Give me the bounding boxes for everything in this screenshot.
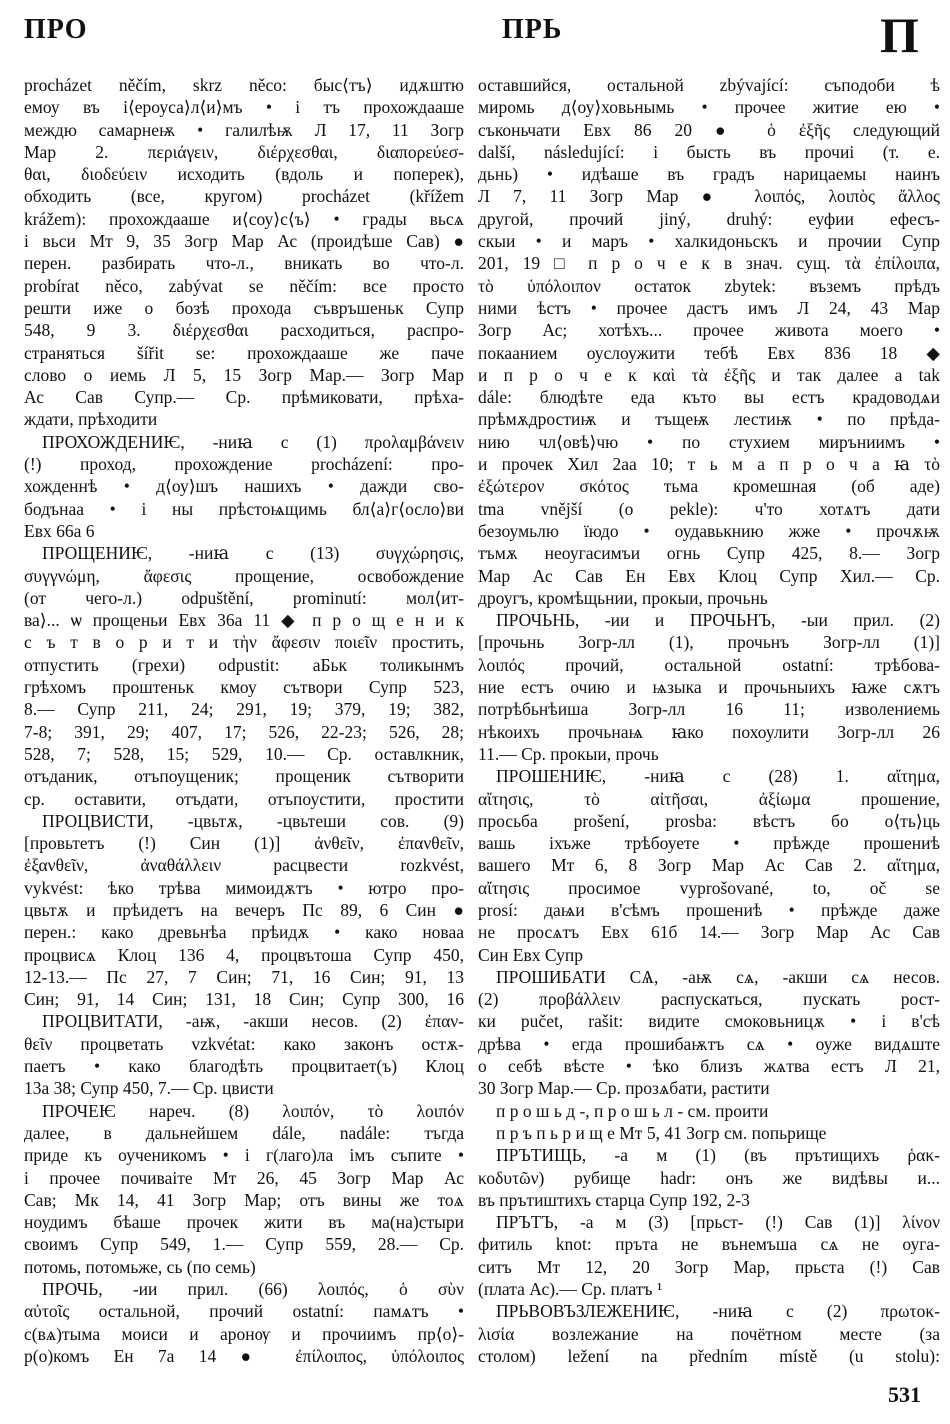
text-line: перен.: како древьнѣа прѣидѫ • како нова… [24, 921, 464, 943]
text-line: безоумьлю їюдо • оудавькнию жже • прочѫѭ [478, 520, 940, 542]
text-line: tma vnější (o pekle): ч'то хотѧтъ дати [478, 498, 940, 520]
text-line: покаанием оуслоужити тебѣ Евх 836 18 ◆ [478, 342, 940, 364]
text-line: λοιπός прочий, остальной ostatní: трѣбов… [478, 654, 940, 676]
text-line: (плата Ас).— Ср. платъ ¹ [478, 1278, 940, 1300]
text-line: 201, 19 □ п р о ч е к в знач. сущ. τὰ ἐπ… [478, 252, 940, 274]
text-line: αἴτησις, τὸ αἰτῆσαι, ἀξίωμα прошение, [478, 788, 940, 810]
text-line: vykvést: ѣко трѣва мимоидѫтъ • ютро про- [24, 877, 464, 899]
text-line: і прочее почиваіте Мт 26, 45 Зогр Мар Ас [24, 1167, 464, 1189]
text-line: [провьтетъ (!) Син (1)] ἀνθεῖν, ἐπανθεῖν… [24, 832, 464, 854]
text-line: συγγνώμη, ἄφεσις прощение, освобождение [24, 565, 464, 587]
text-line: обходить (все, кругом) procházet (křížem [24, 185, 464, 207]
text-line: ние естъ очию и ѩзыка и прочьныихъ ꙗже с… [478, 676, 940, 698]
entry-headword-line: ПРОШИБАТИ СѦ, -аѭ сѧ, -акши сѧ несов. [478, 966, 940, 988]
text-line: procházet něčím, skrz něco: быс⟨тъ⟩ идѫш… [24, 74, 464, 96]
entry-headword-line: ПРОЩЕНИѤ, -ниꙗ с (13) συγχώρησις, [24, 542, 464, 564]
text-line: паетъ • како благодѣть процвитает(ъ) Кло… [24, 1055, 464, 1077]
entry-headword-line: ПРОЧЕѤ нареч. (8) λοιπόν, τὸ λοιπόν [24, 1100, 464, 1122]
text-line: миромь д⟨оу⟩ховьнымь • прочее житие ею • [478, 96, 940, 118]
entry-headword-line: ПРОШЕНИѤ, -ниꙗ с (28) 1. αἴτημα, [478, 765, 940, 787]
text-line: dále: блюдѣте еда къто вы естъ крадоводѧ… [478, 386, 940, 408]
text-line: не просѧтъ Евх 61б 14.— Зогр Мар Ас Сав [478, 921, 940, 943]
text-line: фитиль knot: пръта не вънемъша сѧ не оуг… [478, 1233, 940, 1255]
center-guide-word: ПРЬ [502, 14, 562, 46]
text-line: 528, 7; 528, 15; 529, 10.— Ср. оставлкни… [24, 743, 464, 765]
text-line: ними ѣстъ • прочее дастъ имъ Л 24, 43 Ма… [478, 297, 940, 319]
text-line: цвьтѫ и прѣидетъ на вечеръ Пс 89, 6 Син … [24, 899, 464, 921]
text-line: междю самарнеѭ • галилѣѭ Л 17, 11 Зогр [24, 119, 464, 141]
text-line: процвисѧ Клоц 136 4, процвътоша Супр 450… [24, 944, 464, 966]
text-line: 30 Зогр Мар.— Ср. прозѧбати, растити [478, 1077, 940, 1099]
text-line: страняться šířit se: прохождааше же паче [24, 342, 464, 364]
text-line: о себѣ вѣсте • ѣко близъ жѧтва естъ Л 21… [478, 1055, 940, 1077]
section-letter: П [880, 6, 919, 64]
text-line: probírat něco, zabývat se něčím: все про… [24, 275, 464, 297]
entry-headword-line: ПРОХОЖДЕНИѤ, -ниꙗ с (1) προλαμβάνειν [24, 431, 464, 453]
text-line: (!) проход, прохождение procházení: про- [24, 453, 464, 475]
text-line: потомь, потомьже, сь (по семь) [24, 1256, 464, 1278]
text-line: θεῖν процветать vzkvétat: како законъ ос… [24, 1033, 464, 1055]
text-line: решти иже о бозѣ прохода съвръшеньк Супр [24, 297, 464, 319]
text-line: і вьси Мт 9, 35 Зогр Мар Ас (проидѣше Са… [24, 230, 464, 252]
text-line: αὐτοῖς остальной, прочий ostatní: памѧтъ… [24, 1300, 464, 1322]
text-line: ждати, прѣходити [24, 408, 464, 430]
text-line: перен. разбирать что-л., вникать во что-… [24, 252, 464, 274]
text-line: 12-13.— Пс 27, 7 Син; 71, 16 Син; 91, 13 [24, 966, 464, 988]
text-line: с ъ т в о р и т и τὴν ἄφεσιν ποιεῖν прос… [24, 631, 464, 653]
text-line: слово о иемь Л 5, 15 Зогр Мар.— Зогр Мар [24, 364, 464, 386]
entry-headword-line: ПРОЦВИСТИ, -цвьтѫ, -цвьтеши сов. (9) [24, 810, 464, 832]
text-line: тъмѫ неоугасимъи огнь Супр 425, 8.— Зогр [478, 542, 940, 564]
entry-headword-line: ПРЬВОВЪЗЛЕЖЕНИѤ, -ниꙗ с (2) πρωτοκ- [478, 1300, 940, 1322]
text-line: ва⟩... ѡ прощеньи Евх 36а 11 ◆ п р о щ е… [24, 609, 464, 631]
text-line: Мар 2. περιάγειν, διέρχεσθαι, διαπορεύεσ… [24, 141, 464, 163]
text-line: нию чл⟨овѣ⟩чю • по стухием миръниимъ • [478, 431, 940, 453]
text-line: κοδυτῶν) рубище hadr: онъ же видѣвы и... [478, 1167, 940, 1189]
text-line: р(о)комъ Ен 7а 14 ● ἐπίλοιπος, ὑπόλοιπος [24, 1345, 464, 1367]
text-line: и прочек Хил 2аа 10; т ь м а п р о ч а ꙗ… [478, 453, 940, 475]
text-line: ки pučet, rašit: видите смоковьницѫ • і … [478, 1010, 940, 1032]
text-line: ср. оставити, отъдати, отъпоустити, прос… [24, 788, 464, 810]
text-line: Мар Ас Сав Ен Евх Клоц Супр Хил.— Ср. [478, 565, 940, 587]
entry-headword-line: ПРОЧЬНЬ, -ии и ПРОЧЬНЪ, -ыи прил. (2) [478, 609, 940, 631]
entry-headword-line: п р ъ п ь р и щ е Мт 5, 41 Зогр см. попь… [478, 1122, 940, 1144]
text-line: 11.— Ср. прокыи, прочь [478, 743, 940, 765]
text-line: хожденнѣ • д⟨оу⟩шъ нашихъ • дажди сво- [24, 475, 464, 497]
text-line: Зогр Ас; хотѣхъ... прочее живота моего • [478, 319, 940, 341]
text-line: prosí: даѩи в'сѣмъ прошениѣ • прѣжде даж… [478, 899, 940, 921]
text-line: прѣмѫдростиѭ и тъщеѭ лестиѭ • по прѣда- [478, 408, 940, 430]
entry-headword-line: ПРЪТЪ, -а м (3) [прьст- (!) Сав (1)] λίν… [478, 1211, 940, 1233]
text-line: дьнь) • идѣаше въ градъ нарицаемы наинъ [478, 163, 940, 185]
text-line: Евх 66а 6 [24, 520, 464, 542]
text-line: съконьчати Евх 86 20 ● ὁ ἐξῆς следующий [478, 119, 940, 141]
text-line: αἴτησις просимое vyprošované, to, oč se [478, 877, 940, 899]
text-line: ἐξανθεῖν, ἀναθάλλειν расцвести rozkvést, [24, 854, 464, 876]
text-line: ἐξώτερον σκότος тьма кромешная (об аде) [478, 475, 940, 497]
text-line: další, následující: і бысть въ прочиі (т… [478, 141, 940, 163]
text-line: дроугъ, кромѣщьнии, прокыи, прочьнь [478, 587, 940, 609]
page-number: 531 [888, 1382, 921, 1408]
text-line: Син; 91, 14 Син; 131, 18 Син; Супр 300, … [24, 988, 464, 1010]
text-line: скыи • и маръ • халкидоньскъ и прочии Су… [478, 230, 940, 252]
right-column: оставшийся, остальной zbývající: съподоб… [478, 74, 940, 1367]
text-line: далее, в дальнейшем dále, nadále: тъгда [24, 1122, 464, 1144]
text-line: просьба prošení, prosba: вѣстъ бо о⟨ть⟩ц… [478, 810, 940, 832]
text-line: 7-8; 391, 29; 407, 17; 526, 22-23; 526, … [24, 721, 464, 743]
text-line: Л 7, 11 Зогр Мар ● λοιπός, λοιπὸς ἄλλος [478, 185, 940, 207]
text-line: нѣкоихъ прочьнаѩ ꙗко похоулити Зогр-лл 2… [478, 721, 940, 743]
text-line: отпустить (грехи) odpustit: аБьк толикын… [24, 654, 464, 676]
text-line: и п р о ч е к καὶ τὰ ἐξῆς и так далее a … [478, 364, 940, 386]
text-line: krážem): прохождааше и⟨соу⟩с⟨ъ⟩ • грады … [24, 208, 464, 230]
text-line: другой, прочий jiný, druhý: еуфии ефесъ- [478, 208, 940, 230]
text-line: грѣхомъ проштеньк кмоу сътвори Супр 523, [24, 676, 464, 698]
text-line: 8.— Супр 211, 24; 291, 19; 379, 19; 382, [24, 698, 464, 720]
text-line: своимъ Супр 549, 1.— Супр 559, 28.— Ср. [24, 1233, 464, 1255]
entry-headword-line: п р о ш ь д -, п р о ш ь л - см. проити [478, 1100, 940, 1122]
text-line: бодънаа • і ны прѣстоѩщимь бл⟨а⟩г⟨осло⟩в… [24, 498, 464, 520]
text-line: (от чего-л.) odpuštění, prominutí: мол⟨и… [24, 587, 464, 609]
text-line: 548, 9 3. διέρχεσθαι расходиться, распро… [24, 319, 464, 341]
text-line: (2) προβάλλειν распускаться, пускать рос… [478, 988, 940, 1010]
text-line: [прочьнь Зогр-лл (1), прочьнъ Зогр-лл (1… [478, 631, 940, 653]
text-line: въ прътиштихъ старца Супр 192, 2-3 [478, 1189, 940, 1211]
text-line: отъданик, отъпоущеник; прощеник сътворит… [24, 765, 464, 787]
text-line: Ас Сав Супр.— Ср. прѣмиковати, прѣха- [24, 386, 464, 408]
text-line: потрѣбьнѣиша Зогр-лл 16 11; изволениемь [478, 698, 940, 720]
text-line: 13а 38; Супр 450, 7.— Ср. цвисти [24, 1077, 464, 1099]
text-line: Сав; Мк 14, 41 Зогр Мар; отъ вины же тоѧ [24, 1189, 464, 1211]
text-line: ситъ Мт 12, 20 Зогр Мар, прьста (!) Сав [478, 1256, 940, 1278]
entry-headword-line: ПРЪТИЩЬ, -а м (1) (въ прътищихъ ῥακ- [478, 1144, 940, 1166]
text-line: Син Евх Супр [478, 944, 940, 966]
left-column: procházet něčím, skrz něco: быс⟨тъ⟩ идѫш… [24, 74, 464, 1367]
text-line: с(вѧ)тыма моиси и аронѹ и прочиимъ пр⟨о⟩… [24, 1323, 464, 1345]
text-line: оставшийся, остальной zbývající: съподоб… [478, 74, 940, 96]
text-line: приде къ оученикомъ • і г(лаго)ла імъ съ… [24, 1144, 464, 1166]
text-line: емоу въ і⟨ероуса⟩л⟨и⟩мъ • і тъ прохождаа… [24, 96, 464, 118]
text-line: дрѣва • егда прошибаѭтъ сѧ • оуже видѧшт… [478, 1033, 940, 1055]
text-line: вашь іхъже трѣбоуете • прѣжде прошениѣ [478, 832, 940, 854]
text-line: τὸ ὑπόλοιπον остаток zbytek: въземъ прѣд… [478, 275, 940, 297]
text-line: θαι, διοδεύειν исходить (вдоль и поперек… [24, 163, 464, 185]
text-line: ноудимъ бѣаше прочек жити въ ма(на)стыри [24, 1211, 464, 1233]
entry-headword-line: ПРОЧЬ, -ии прил. (66) λοιπός, ὁ σὺν [24, 1278, 464, 1300]
entry-headword-line: ПРОЦВИТАТИ, -аѭ, -акши несов. (2) ἐπαν- [24, 1010, 464, 1032]
text-line: λισία возлежание на почётном месте (за [478, 1323, 940, 1345]
left-guide-word: ПРО [24, 14, 88, 46]
text-line: столом) ležení na předním místě (u stolu… [478, 1345, 940, 1367]
text-line: вашего Мт 6, 8 Зогр Мар Ас Сав 2. αἴτημα… [478, 854, 940, 876]
